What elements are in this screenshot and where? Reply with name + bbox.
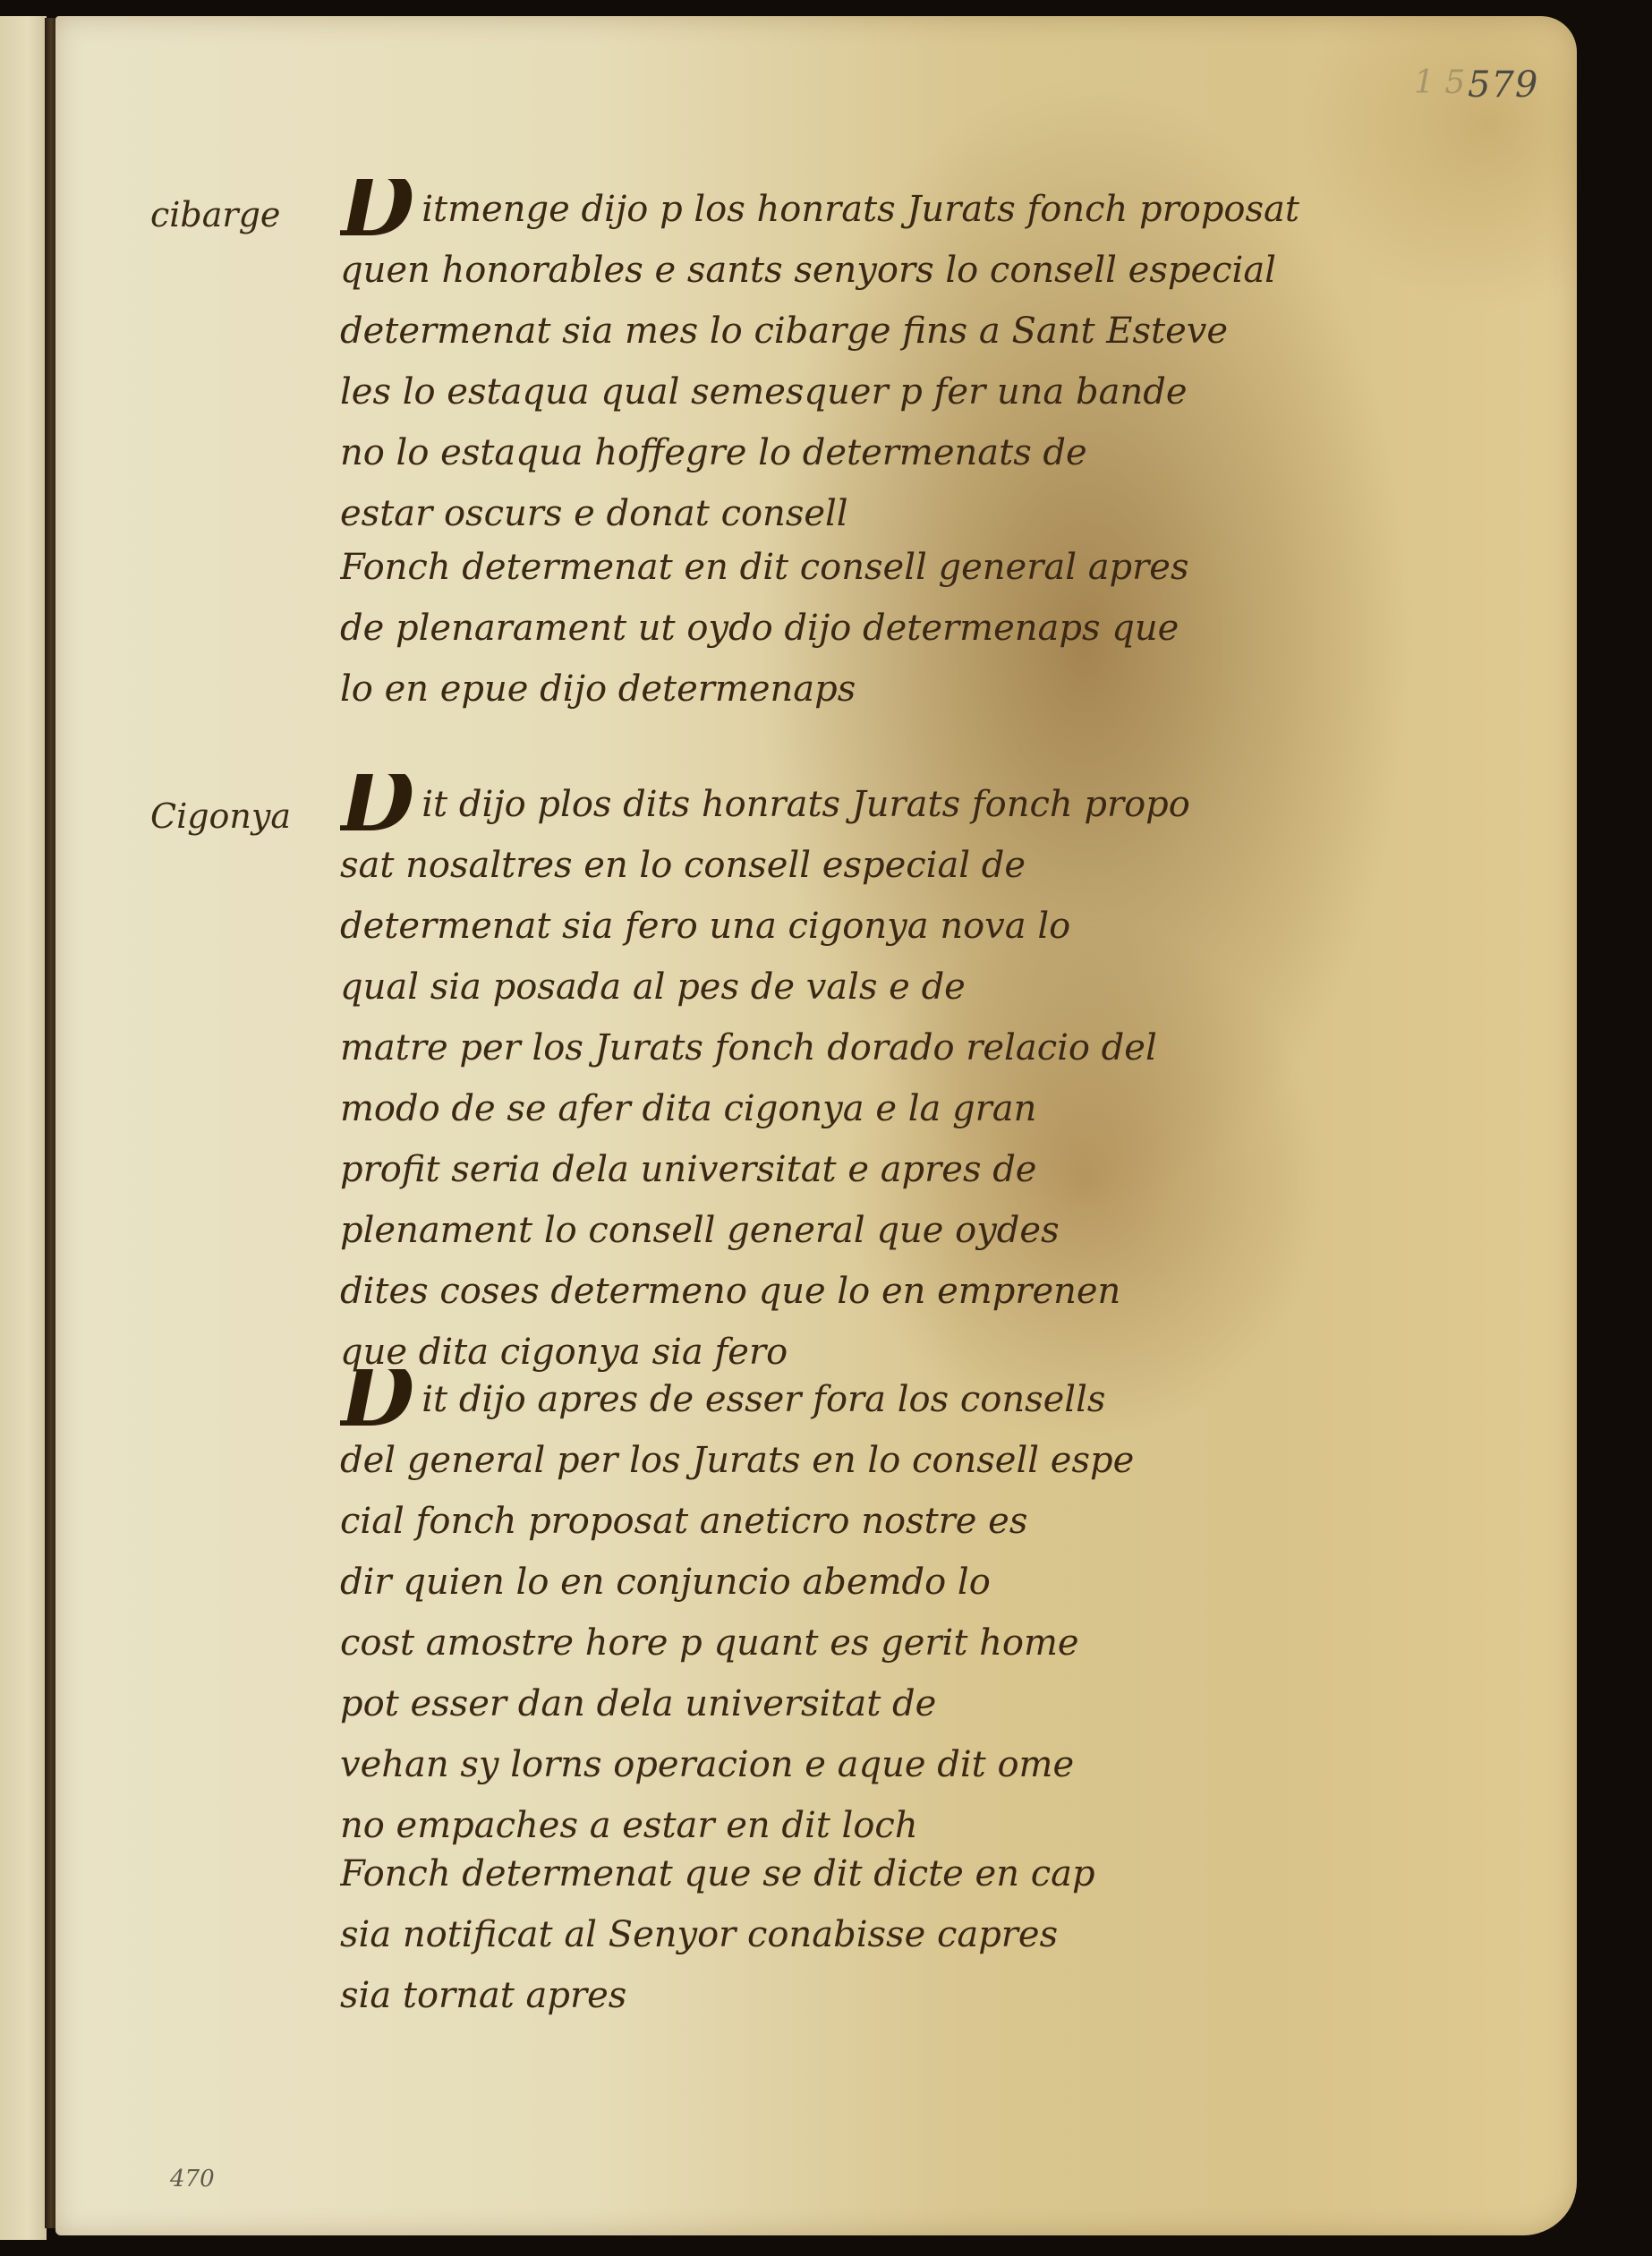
text-line: matre per los Jurats fonch dorado relaci… [340, 1017, 1459, 1078]
text-line: determenat sia fero una cigonya nova lo [340, 896, 1459, 957]
facing-page-edge [0, 16, 47, 2240]
text-line: les lo estaqua qual semesquer p fer una … [340, 362, 1459, 422]
text-line: qual sia posada al pes de vals e de [340, 957, 1459, 1017]
decorated-initial: D [340, 774, 414, 828]
text-line: sat nosaltres en lo consell especial de [340, 835, 1459, 896]
text-line: vehan sy lorns operacion e aque dit ome [340, 1734, 1459, 1795]
text-line: Fonch determenat que se dit dicte en cap [340, 1843, 1459, 1904]
text-line: sia notificat al Senyor conabisse capres [340, 1904, 1459, 1965]
margin-note-cigonya: Cigonya [150, 796, 291, 836]
paragraph-cibarge: Ditmenge dijo p los honrats Jurats fonch… [340, 179, 1459, 544]
decorated-initial: D [340, 1369, 414, 1423]
faint-folio-mark: 1 5 [1414, 64, 1465, 101]
text-line: determenat sia mes lo cibarge fins a San… [340, 301, 1459, 362]
folio-number: 579 [1468, 64, 1538, 106]
text-line: Dit dijo plos dits honrats Jurats fonch … [340, 774, 1459, 835]
text-line: Fonch determenat en dit consell general … [340, 537, 1459, 598]
text-line: sia tornat apres [340, 1965, 1459, 2026]
paragraph-cigonya: Dit dijo plos dits honrats Jurats fonch … [340, 774, 1459, 1383]
text-line: pot esser dan dela universitat de [340, 1673, 1459, 1734]
text-line: cial fonch proposat aneticro nostre es [340, 1491, 1459, 1552]
text-line: dir quien lo en conjuncio abemdo lo [340, 1552, 1459, 1613]
text-line: dites coses determeno que lo en emprenen [340, 1261, 1459, 1322]
decorated-initial: D [340, 179, 414, 233]
text-line: Dit dijo apres de esser fora los consell… [340, 1369, 1459, 1430]
text-line: quen honorables e sants senyors lo conse… [340, 240, 1459, 301]
paragraph-third-item: Dit dijo apres de esser fora los consell… [340, 1369, 1459, 1856]
text-line: profit seria dela universitat e apres de [340, 1139, 1459, 1200]
text-line: plenament lo consell general que oydes [340, 1200, 1459, 1261]
margin-note-cibarge: cibarge [150, 195, 280, 234]
text-line: del general per los Jurats en lo consell… [340, 1430, 1459, 1491]
text-line: de plenarament ut oydo dijo determenaps … [340, 598, 1459, 659]
paragraph-resolution-1: Fonch determenat en dit consell general … [340, 537, 1459, 719]
text-line: modo de se afer dita cigonya e la gran [340, 1078, 1459, 1139]
text-line: Ditmenge dijo p los honrats Jurats fonch… [340, 179, 1459, 240]
text-line: no lo estaqua hoffegre lo determenats de [340, 422, 1459, 483]
text-line: cost amostre hore p quant es gerit home [340, 1613, 1459, 1673]
paragraph-resolution-2: Fonch determenat que se dit dicte en cap… [340, 1843, 1459, 2026]
text-line: estar oscurs e donat consell [340, 483, 1459, 544]
pencil-number: 470 [170, 2166, 215, 2192]
text-line: lo en epue dijo determenaps [340, 659, 1459, 719]
